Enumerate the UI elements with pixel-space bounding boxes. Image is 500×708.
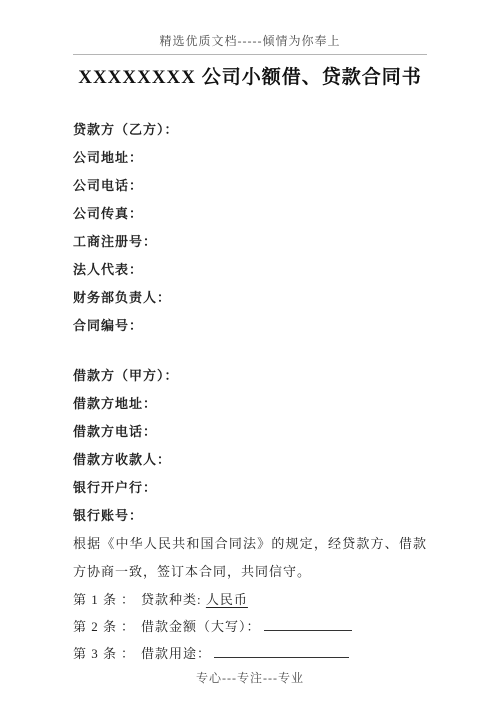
clause-3-colon: ： xyxy=(121,646,135,661)
document-content: 精选优质文档-----倾情为你奉上 XXXXXXXX 公司小额借、贷款合同书 贷… xyxy=(73,0,427,686)
document-page: 精选优质文档-----倾情为你奉上 XXXXXXXX 公司小额借、贷款合同书 贷… xyxy=(0,0,500,708)
page-header: 精选优质文档-----倾情为你奉上 xyxy=(73,0,427,55)
footer-slogan: 专心---专注---专业 xyxy=(196,671,304,685)
field-borrower-party: 借款方（甲方）： xyxy=(73,362,427,390)
field-company-fax: 公司传真： xyxy=(73,200,427,228)
clause-2-blank-line xyxy=(264,617,352,631)
field-borrower-payee: 借款方收款人： xyxy=(73,446,427,474)
field-legal-rep: 法人代表： xyxy=(73,256,427,284)
clause-1-text: 贷款种类: xyxy=(141,592,206,607)
field-borrower-address: 借款方地址： xyxy=(73,390,427,418)
document-title: XXXXXXXX 公司小额借、贷款合同书 xyxy=(73,66,427,90)
borrower-section: 借款方（甲方）： 借款方地址： 借款方电话： 借款方收款人： 银行开户行： 银行… xyxy=(73,362,427,530)
intro-paragraph: 根据《中华人民共和国合同法》的规定，经贷款方、借款方协商一致，签订本合同，共同信… xyxy=(73,530,427,586)
field-contract-number: 合同编号： xyxy=(73,312,427,340)
clause-3-blank-line xyxy=(214,644,349,658)
clause-1-label: 第 1 条 xyxy=(73,592,117,607)
clause-3-text: 借款用途： xyxy=(141,646,211,661)
clause-2-colon: ： xyxy=(121,619,135,634)
field-borrower-phone: 借款方电话： xyxy=(73,418,427,446)
field-bank-account: 银行账号： xyxy=(73,502,427,530)
clause-2: 第 2 条：借款金额（大写）： xyxy=(73,613,427,640)
field-business-regno: 工商注册号： xyxy=(73,228,427,256)
clause-1-colon: ： xyxy=(121,592,135,607)
clause-2-text: 借款金额（大写）： xyxy=(141,619,261,634)
clause-3-label: 第 3 条 xyxy=(73,646,117,661)
clause-2-label: 第 2 条 xyxy=(73,619,117,634)
clause-1-value-underlined: 人民币 xyxy=(206,592,248,607)
field-finance-head: 财务部负责人： xyxy=(73,284,427,312)
page-footer: 专心---专注---专业 xyxy=(73,669,427,686)
header-slogan: 精选优质文档-----倾情为你奉上 xyxy=(160,34,341,48)
field-company-address: 公司地址： xyxy=(73,144,427,172)
field-bank-branch: 银行开户行： xyxy=(73,474,427,502)
field-company-phone: 公司电话： xyxy=(73,172,427,200)
lender-section: 贷款方（乙方）： 公司地址： 公司电话： 公司传真： 工商注册号： 法人代表： … xyxy=(73,116,427,340)
clauses-section: 第 1 条：贷款种类: 人民币 第 2 条：借款金额（大写）： 第 3 条：借款… xyxy=(73,586,427,667)
clause-3: 第 3 条：借款用途： xyxy=(73,640,427,667)
clause-1: 第 1 条：贷款种类: 人民币 xyxy=(73,586,427,613)
field-lender-party: 贷款方（乙方）： xyxy=(73,116,427,144)
